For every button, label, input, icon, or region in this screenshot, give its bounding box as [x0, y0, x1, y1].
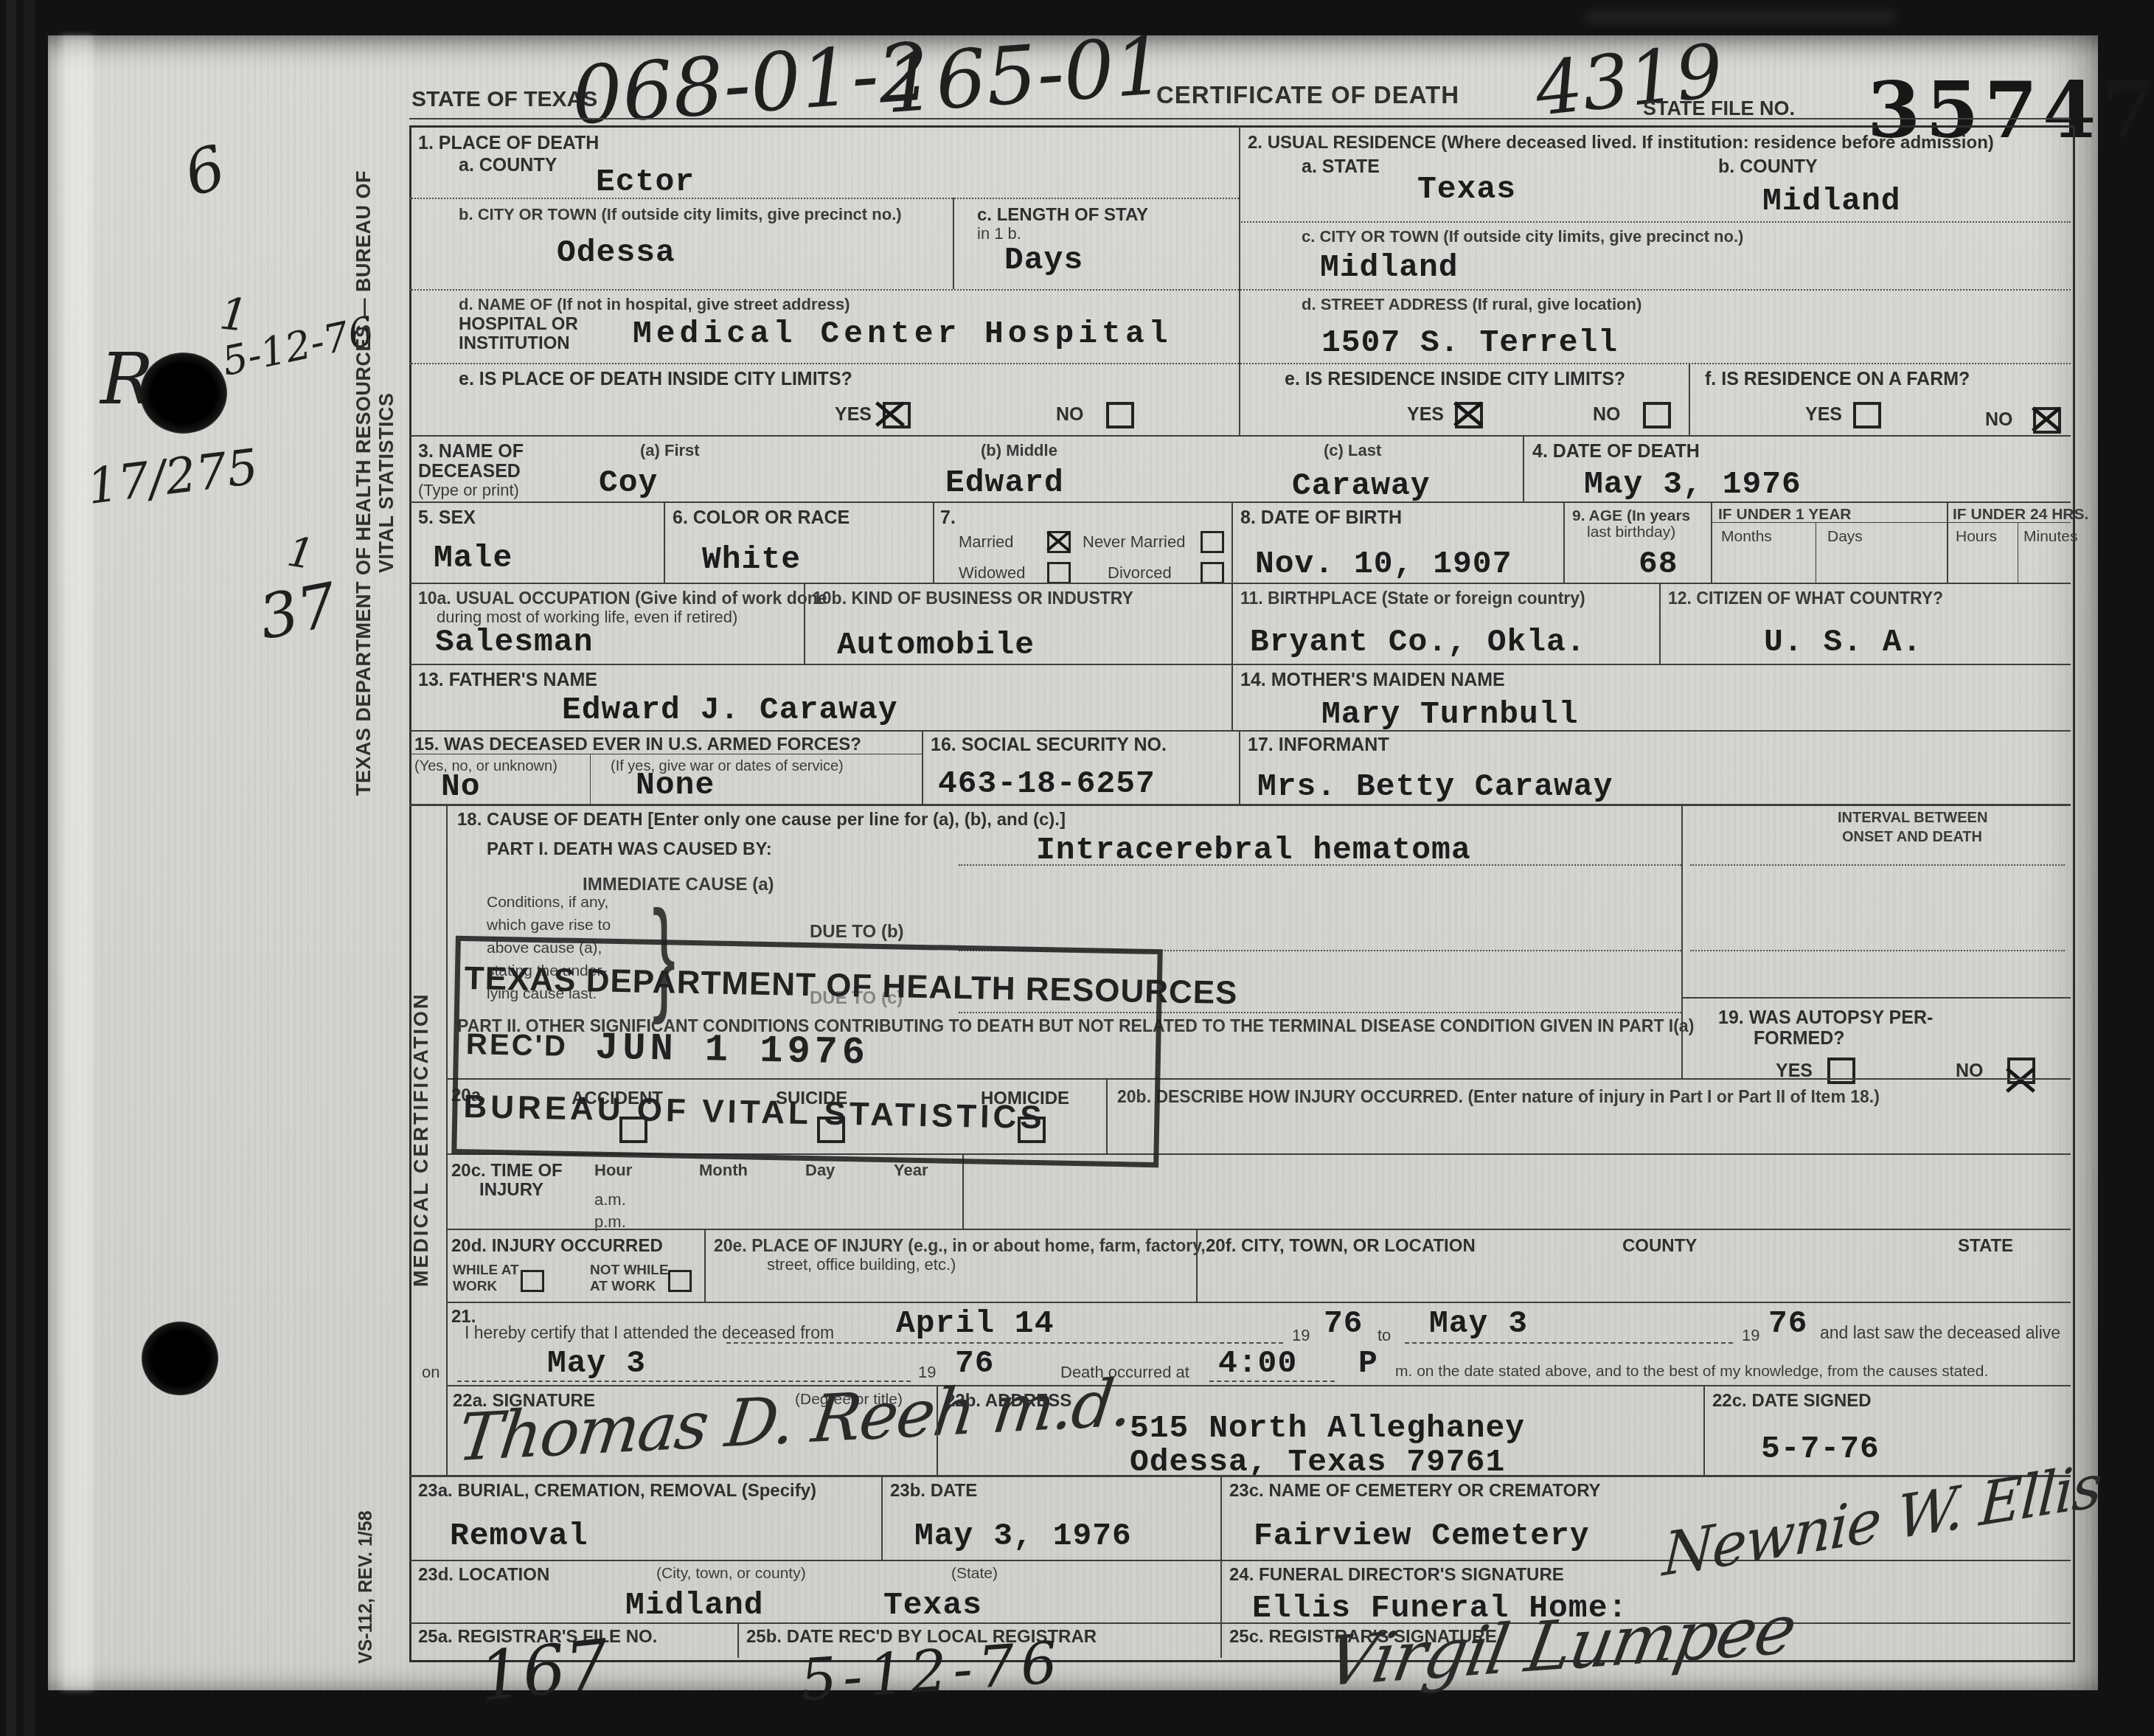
city-label: b. CITY OR TOWN (If outside city limits,…	[459, 205, 902, 223]
place-of-injury-label: 20e. PLACE OF INJURY (e.g., in or about …	[714, 1236, 1206, 1255]
informant-value: Mrs. Betty Caraway	[1257, 768, 1613, 805]
stamp-recd-label: REC'D	[466, 1028, 569, 1063]
last-alive-date: May 3	[547, 1345, 646, 1381]
never-married-label: Never Married	[1083, 532, 1185, 551]
divider	[1523, 435, 1524, 501]
citizen-label: 12. CITIZEN OF WHAT COUNTRY?	[1668, 588, 1943, 608]
state-of-texas-label: STATE OF TEXAS	[411, 87, 597, 113]
divider	[1231, 501, 1233, 583]
received-stamp: TEXAS DEPARTMENT OF HEALTH RESOURCES REC…	[451, 936, 1163, 1167]
interval-line-a	[1690, 864, 2065, 866]
location-state-sublabel: (State)	[951, 1565, 998, 1583]
date-signed-label: 22c. DATE SIGNED	[1712, 1391, 1872, 1412]
divider	[1231, 583, 1233, 664]
divider	[937, 1385, 938, 1475]
residence-state-value: Texas	[1417, 171, 1516, 207]
birthplace-label: 11. BIRTHPLACE (State or foreign country…	[1240, 588, 1585, 608]
industry-label: 10b. KIND OF BUSINESS OR INDUSTRY	[813, 588, 1133, 608]
ssn-value: 463-18-6257	[938, 765, 1156, 802]
certify-text-2: and last saw the deceased alive	[1820, 1323, 2060, 1342]
widowed-label: Widowed	[959, 563, 1025, 582]
divider	[1239, 125, 1240, 435]
ghost-text-smudge	[1585, 10, 1895, 24]
divider	[1239, 730, 1240, 804]
printed-19: 19	[1292, 1326, 1310, 1344]
street-address-value: 1507 S. Terrell	[1321, 324, 1618, 361]
age-value: 68	[1639, 546, 1678, 582]
length-of-stay-sublabel: in 1 b.	[977, 224, 1021, 243]
ssn-label: 16. SOCIAL SECURITY NO.	[931, 735, 1167, 756]
last-name-value: Caraway	[1292, 468, 1431, 504]
usual-residence-title: 2. USUAL RESIDENCE (Where deceased lived…	[1248, 133, 1994, 153]
middle-name-label: (b) Middle	[981, 441, 1057, 459]
day-label: Day	[805, 1161, 835, 1179]
residence-farm-yes-checkbox	[1853, 402, 1881, 428]
divider	[704, 1229, 706, 1302]
industry-value: Automobile	[837, 627, 1035, 663]
divider	[962, 1153, 964, 1229]
location-city-value: Midland	[625, 1587, 764, 1623]
hour-label: Hour	[594, 1161, 632, 1179]
location-city-sublabel: (City, town, or county)	[656, 1565, 806, 1583]
cause-of-death-title: 18. CAUSE OF DEATH [Enter only one cause…	[457, 810, 1066, 830]
divider	[922, 730, 923, 804]
type-or-print-label: (Type or print)	[418, 481, 519, 499]
sex-label: 5. SEX	[418, 507, 476, 529]
residence-city-label: c. CITY OR TOWN (If outside city limits,…	[1302, 227, 1743, 246]
residence-city-limits-no-checkbox	[1643, 402, 1671, 428]
armed-forces-label: 15. WAS DECEASED EVER IN U.S. ARMED FORC…	[414, 735, 861, 755]
attended-from-year: 76	[1324, 1305, 1363, 1341]
vertical-form-code: VS-112, REV. 1/58	[355, 1504, 383, 1670]
occupation-value: Salesman	[435, 624, 593, 660]
birthplace-value: Bryant Co., Okla.	[1250, 624, 1586, 660]
autopsy-label2: FORMED?	[1754, 1028, 1845, 1049]
divider	[409, 754, 922, 754]
interval-label: INTERVAL BETWEEN	[1838, 810, 1987, 827]
father-name-label: 13. FATHER'S NAME	[418, 670, 597, 691]
occupation-label: 10a. USUAL OCCUPATION (Give kind of work…	[418, 588, 827, 608]
divider	[590, 754, 591, 804]
header-rule	[409, 118, 2071, 119]
divider	[409, 583, 2071, 584]
attended-to-date: May 3	[1429, 1305, 1528, 1341]
hospital-label-3: INSTITUTION	[459, 333, 570, 354]
length-of-stay-value: Days	[1004, 242, 1083, 278]
divider	[1239, 221, 2071, 223]
interval-label2: ONSET AND DEATH	[1842, 829, 1982, 846]
city-value: Odessa	[557, 235, 675, 271]
death-time-ampm: P	[1358, 1345, 1378, 1381]
divider	[1816, 522, 1816, 583]
first-name-label: (a) First	[640, 441, 700, 459]
funeral-director-label: 24. FUNERAL DIRECTOR'S SIGNATURE	[1229, 1565, 1564, 1586]
divider	[409, 1475, 2071, 1477]
divider	[2018, 522, 2018, 583]
fill-line	[1405, 1342, 1733, 1344]
divider	[409, 501, 2071, 503]
margin-note-37: 37	[254, 570, 343, 653]
if-under-24-hrs-label: IF UNDER 24 HRS.	[1953, 506, 2088, 524]
residence-city-limits-label: e. IS RESIDENCE INSIDE CITY LIMITS?	[1285, 369, 1625, 390]
certificate-title: CERTIFICATE OF DEATH	[1156, 81, 1459, 109]
burial-label: 23a. BURIAL, CREMATION, REMOVAL (Specify…	[418, 1481, 816, 1501]
address-label: 22b. ADDRESS	[945, 1391, 1071, 1412]
last-name-label: (c) Last	[1324, 441, 1381, 459]
citizen-value: U. S. A.	[1764, 624, 1922, 660]
fill-line-a	[959, 864, 1681, 866]
autopsy-label: 19. WAS AUTOPSY PER-	[1718, 1007, 1933, 1029]
street-address-label: d. STREET ADDRESS (If rural, give locati…	[1302, 295, 1641, 313]
date-of-death-value: May 3, 1976	[1584, 466, 1802, 502]
autopsy-yes-checkbox	[1827, 1058, 1855, 1084]
while-at-work-checkbox	[521, 1270, 544, 1292]
divider	[1947, 501, 1948, 583]
name-of-deceased-label2: DECEASED	[418, 461, 521, 482]
injury-occurred-label: 20d. INJURY OCCURRED	[451, 1236, 663, 1257]
mother-name-value: Mary Turnbull	[1321, 696, 1578, 732]
hours-label: Hours	[1956, 528, 1997, 546]
punch-hole	[142, 1322, 218, 1395]
attended-from-date: April 14	[896, 1305, 1054, 1341]
residence-county-value: Midland	[1762, 183, 1901, 219]
divider	[1563, 501, 1565, 583]
county-label: a. COUNTY	[459, 155, 557, 176]
not-while-at-work-label: NOT WHILE	[590, 1263, 669, 1279]
place-of-injury-label2: street, office building, etc.)	[767, 1255, 956, 1274]
age-label: 9. AGE (In years	[1572, 507, 1690, 525]
divider	[1231, 664, 1233, 730]
if-under-1-year-label: IF UNDER 1 YEAR	[1718, 506, 1851, 524]
certify-text-3: m. on the date stated above, and to the …	[1395, 1363, 1988, 1381]
burial-value: Removal	[450, 1518, 588, 1554]
stamp-bureau-line: BUREAU OF VITAL STATISTICS	[463, 1089, 1046, 1136]
not-while-at-work-checkbox	[668, 1270, 692, 1292]
divider	[409, 435, 2071, 437]
mother-name-label: 14. MOTHER'S MAIDEN NAME	[1240, 670, 1505, 691]
divider	[953, 198, 954, 289]
minutes-label: Minutes	[2023, 528, 2078, 546]
date-of-birth-label: 8. DATE OF BIRTH	[1240, 507, 1402, 529]
divider	[446, 1385, 2071, 1386]
age-label2: last birthday)	[1587, 524, 1675, 541]
divider	[1681, 804, 1683, 1078]
divorced-label: Divorced	[1108, 563, 1172, 582]
divider	[933, 501, 934, 583]
death-city-limits-label: e. IS PLACE OF DEATH INSIDE CITY LIMITS?	[459, 369, 852, 390]
death-time-value: 4:00	[1218, 1345, 1297, 1381]
divider	[409, 1622, 2071, 1624]
no-label: NO	[1593, 404, 1621, 426]
am-label: a.m.	[594, 1190, 626, 1209]
year-label: Year	[894, 1161, 928, 1179]
divider	[1659, 583, 1661, 664]
divider	[881, 1475, 883, 1560]
death-city-limits-no-checkbox	[1106, 402, 1134, 428]
armed-forces-value: No	[441, 768, 481, 805]
attended-to-year: 76	[1768, 1305, 1808, 1341]
divider	[737, 1622, 739, 1658]
divider	[1689, 363, 1690, 435]
scan-streak	[6, 0, 16, 1736]
race-label: 6. COLOR OR RACE	[673, 507, 850, 529]
yes-label: YES	[835, 404, 872, 426]
not-while-at-work-label2: AT WORK	[590, 1279, 656, 1295]
stamp-date: JUN 1 1976	[594, 1026, 869, 1074]
divider	[446, 1302, 2071, 1303]
printed-to: to	[1377, 1326, 1391, 1344]
yes-label: YES	[1407, 404, 1444, 426]
residence-city-value: Midland	[1320, 249, 1459, 285]
widowed-checkbox	[1047, 562, 1071, 584]
residence-farm-no-checkbox	[2033, 407, 2061, 434]
month-label: Month	[699, 1161, 748, 1179]
married-label: Married	[959, 532, 1014, 551]
no-label: NO	[1985, 409, 2013, 431]
months-label: Months	[1721, 528, 1772, 546]
immediate-cause-label: IMMEDIATE CAUSE (a)	[583, 875, 774, 895]
location-label: 23d. LOCATION	[418, 1565, 549, 1586]
vertical-agency-caption: TEXAS DEPARTMENT OF HEALTH RESOURCES — B…	[352, 159, 383, 808]
date-of-death-label: 4. DATE OF DEATH	[1532, 441, 1700, 462]
divider	[1703, 1385, 1705, 1475]
autopsy-no-checkbox	[2007, 1058, 2035, 1084]
address-line1: 515 North Alleghaney	[1130, 1410, 1525, 1446]
time-of-injury-label: 20c. TIME OF	[451, 1161, 563, 1181]
place-of-death-title: 1. PLACE OF DEATH	[418, 133, 599, 154]
registrar-file-value: 167	[476, 1625, 613, 1717]
burial-date-value: May 3, 1976	[914, 1518, 1132, 1554]
printed-on: on	[422, 1363, 440, 1381]
divider	[446, 1229, 2071, 1230]
cemetery-value: Fairview Cemetery	[1254, 1518, 1590, 1554]
scan-streak	[24, 0, 35, 1736]
divider	[1196, 1229, 1198, 1302]
sex-value: Male	[434, 540, 513, 576]
race-value: White	[702, 541, 801, 577]
married-checkbox	[1047, 531, 1071, 553]
while-at-work-label: WHILE AT	[453, 1263, 519, 1279]
interval-line-b	[1690, 950, 2065, 951]
immediate-cause-value: Intracerebral hematoma	[1036, 832, 1471, 868]
armed-forces-sub1: (Yes, no, or unknown)	[414, 758, 557, 775]
conditions-note-2: which gave rise to	[487, 917, 611, 934]
divider	[409, 198, 1239, 199]
injury-county-label: COUNTY	[1622, 1236, 1697, 1257]
conditions-note-1: Conditions, if any,	[487, 894, 608, 912]
residence-county-label: b. COUNTY	[1718, 156, 1818, 178]
divider	[1711, 501, 1712, 583]
burial-date-label: 23b. DATE	[890, 1481, 977, 1501]
divider	[409, 804, 2071, 806]
date-of-birth-value: Nov. 10, 1907	[1255, 546, 1512, 582]
residence-city-limits-yes-checkbox	[1455, 402, 1483, 428]
punch-hole	[140, 353, 227, 434]
date-signed-value: 5-7-76	[1761, 1431, 1880, 1467]
divider	[409, 289, 2071, 291]
certify-text-1: I hereby certify that I attended the dec…	[465, 1323, 834, 1342]
scan-light-streak	[62, 35, 93, 1690]
state-file-no-label: STATE FILE NO.	[1643, 97, 1795, 120]
cemetery-label: 23c. NAME OF CEMETERY OR CREMATORY	[1229, 1481, 1601, 1501]
name-of-deceased-label: 3. NAME OF	[418, 441, 524, 462]
first-name-value: Coy	[599, 465, 658, 501]
length-of-stay-label: c. LENGTH OF STAY	[977, 205, 1148, 226]
injury-city-label: 20f. CITY, TOWN, OR LOCATION	[1206, 1236, 1476, 1257]
divider	[664, 501, 665, 583]
due-to-b-label: DUE TO (b)	[810, 922, 904, 942]
handwritten-county-code: 165-01	[882, 20, 1168, 131]
location-state-value: Texas	[883, 1587, 982, 1623]
hospital-label: d. NAME OF (If not in hospital, give str…	[459, 295, 850, 313]
divider	[804, 583, 805, 664]
yes-label: YES	[1805, 404, 1842, 426]
part1-label: PART I. DEATH WAS CAUSED BY:	[487, 839, 772, 860]
divorced-checkbox	[1201, 562, 1224, 584]
hospital-value: Medical Center Hospital	[633, 316, 1172, 352]
days-label: Days	[1827, 528, 1863, 546]
never-married-checkbox	[1201, 531, 1224, 553]
printed-19: 19	[1742, 1326, 1759, 1344]
residence-state-label: a. STATE	[1302, 156, 1380, 178]
no-label: NO	[1056, 404, 1084, 426]
county-value: Ector	[596, 164, 695, 200]
injury-20b-label: 20b. DESCRIBE HOW INJURY OCCURRED. (Ente…	[1117, 1087, 1880, 1106]
divider	[409, 363, 2071, 364]
medical-certification-column-divider	[446, 804, 448, 1475]
death-city-limits-yes-checkbox	[883, 402, 911, 428]
death-certificate-scan: 6 1 Re 5-12-76 17/275 1 37 TEXAS DEPARTM…	[0, 0, 2154, 1736]
middle-name-value: Edward	[945, 465, 1064, 501]
fill-line	[726, 1342, 1283, 1344]
marital-section-label: 7.	[940, 507, 956, 529]
father-name-value: Edward J. Caraway	[562, 692, 898, 728]
divider	[1220, 1475, 1222, 1658]
divider	[409, 664, 2071, 665]
time-of-injury-label2: INJURY	[479, 1180, 543, 1201]
informant-label: 17. INFORMANT	[1248, 735, 1389, 756]
divider	[1681, 997, 2071, 999]
armed-forces-detail-value: None	[636, 767, 715, 803]
stamp-agency-line: TEXAS DEPARTMENT OF HEALTH RESOURCES	[464, 960, 1238, 1012]
injury-state-label: STATE	[1958, 1236, 2013, 1257]
residence-farm-label: f. IS RESIDENCE ON A FARM?	[1705, 369, 1970, 390]
hospital-label-2: HOSPITAL OR	[459, 314, 578, 335]
while-at-work-label2: WORK	[453, 1279, 497, 1295]
